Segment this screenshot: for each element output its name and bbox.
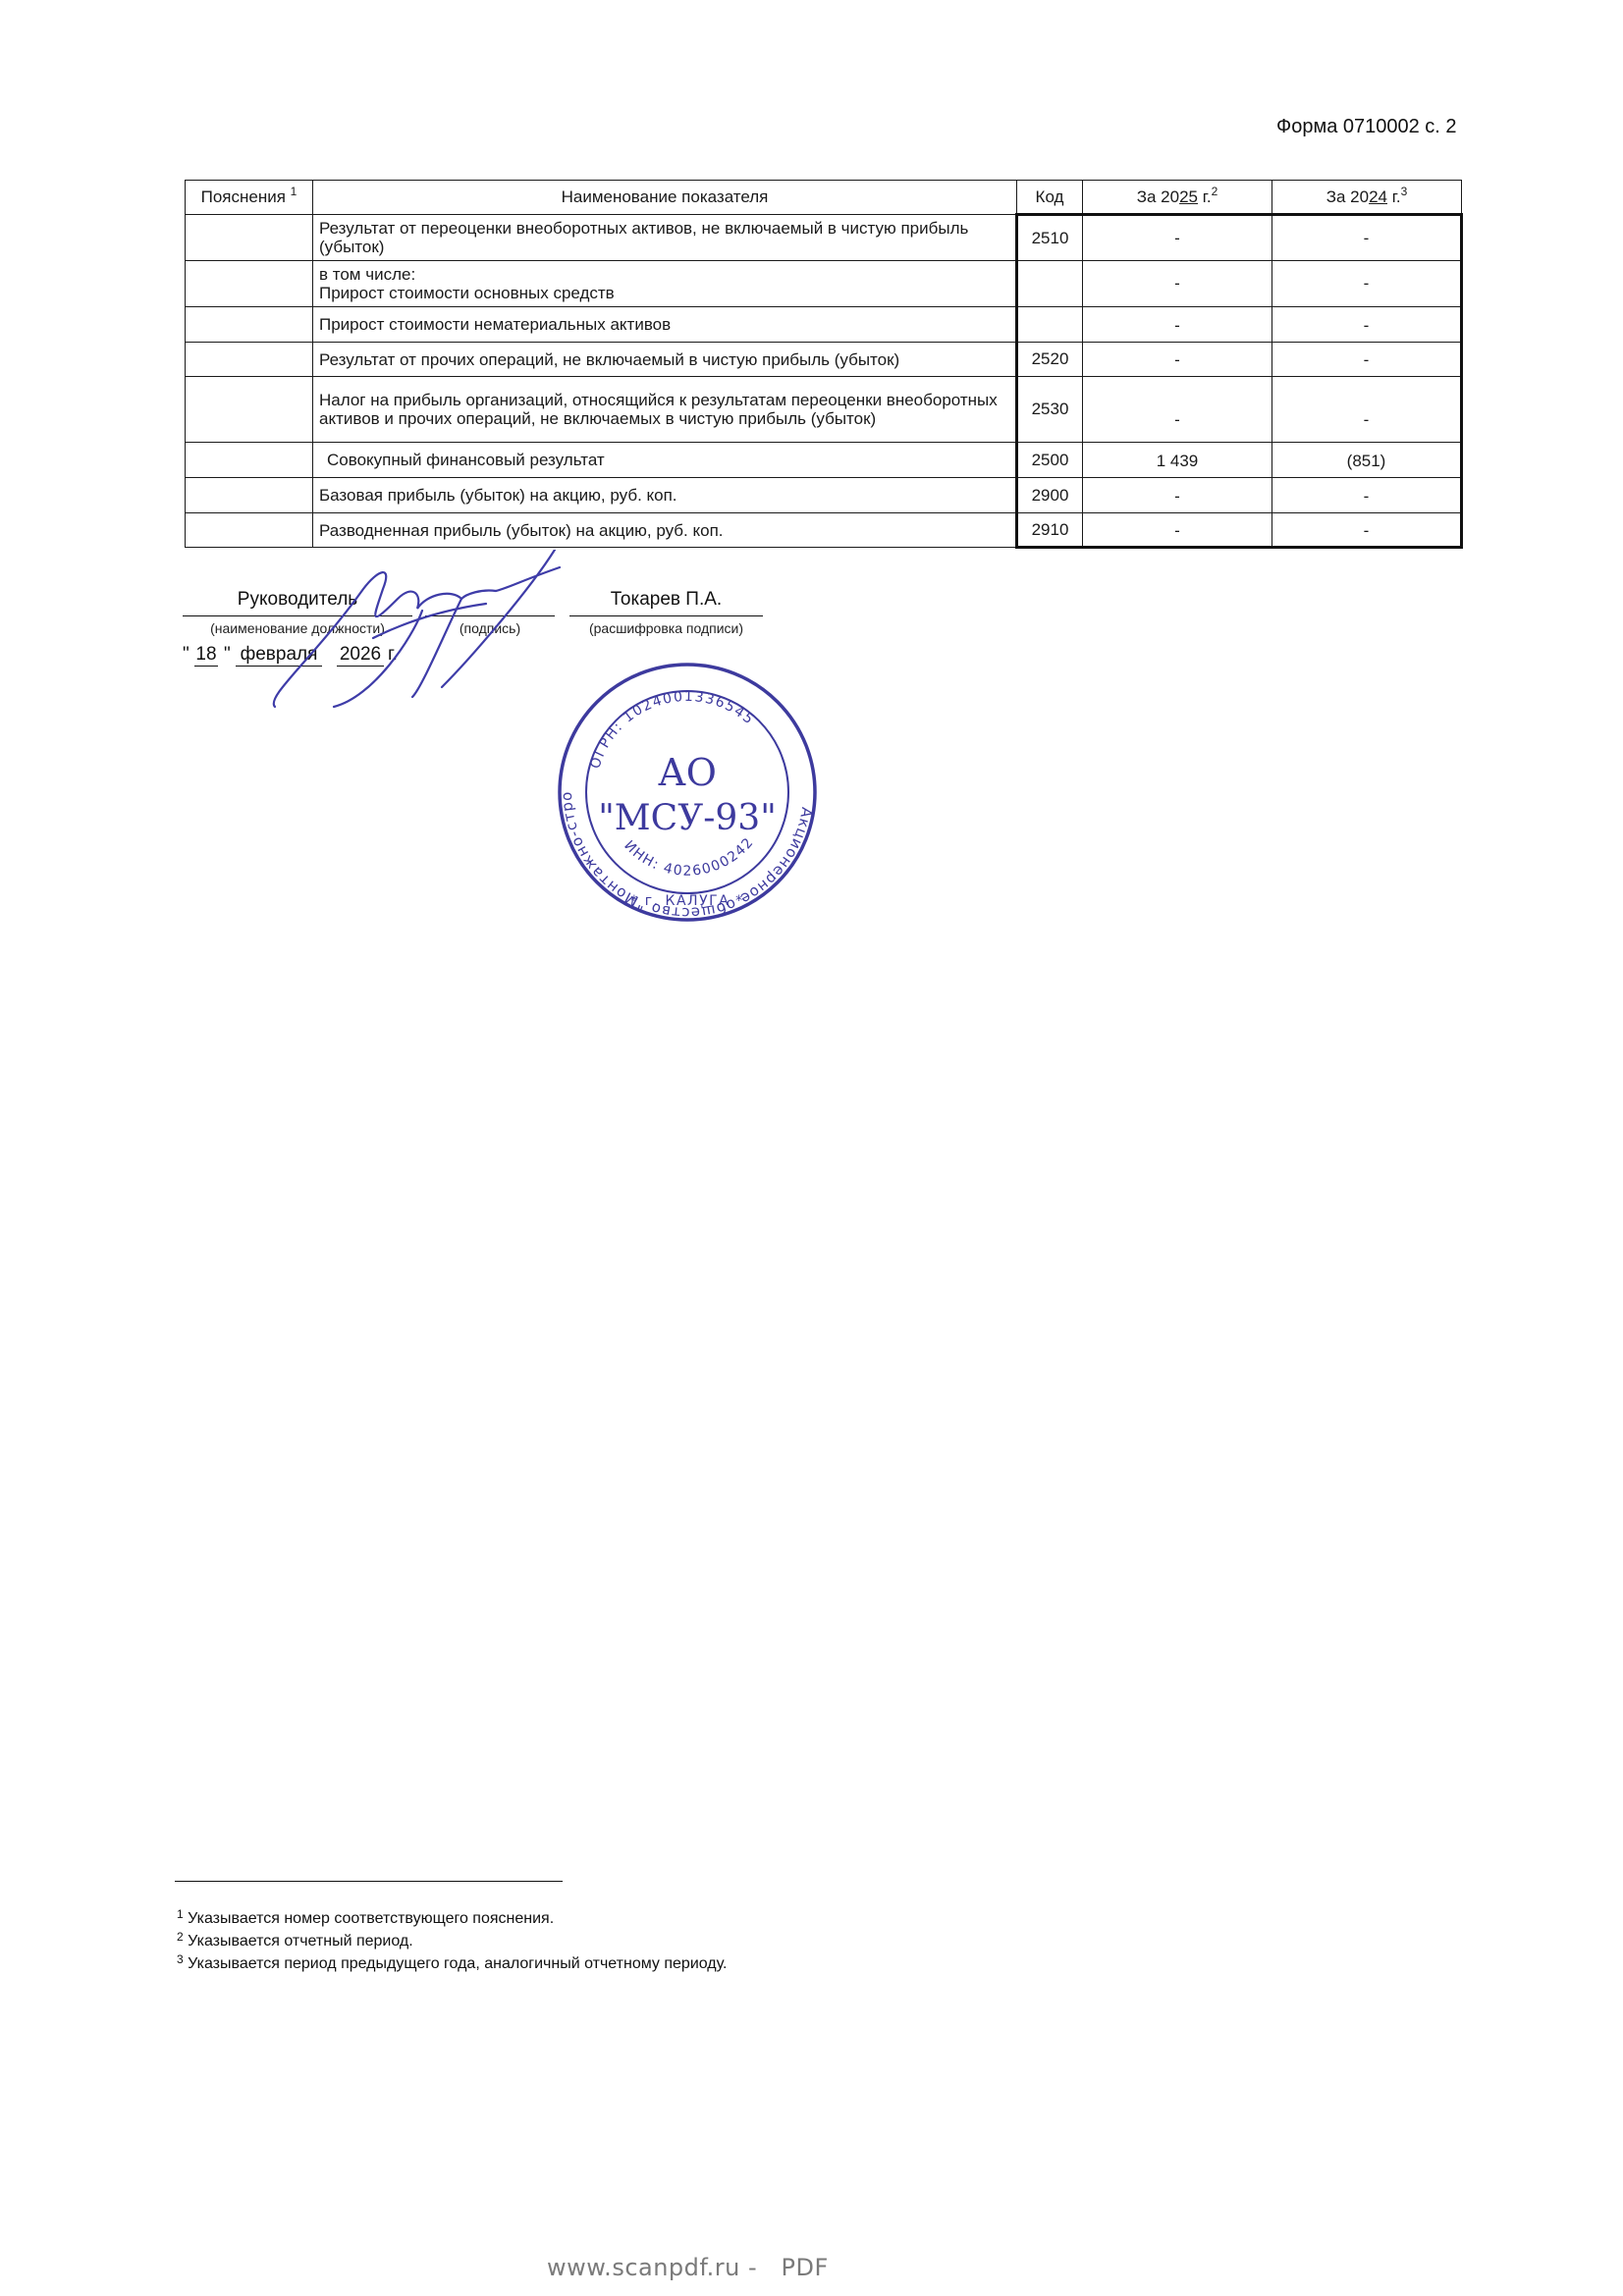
stamp-center-line1: АО	[658, 751, 717, 794]
date-open-quote: "	[183, 644, 189, 666]
footnote-ref: 2	[1212, 185, 1218, 198]
row-code	[1017, 261, 1083, 307]
row-note	[186, 343, 313, 377]
row-value-2025: -	[1083, 261, 1272, 307]
row-note	[186, 443, 313, 478]
table-row: Результат от прочих операций, не включае…	[186, 343, 1462, 377]
form-code: Форма 0710002 с. 2	[1276, 116, 1457, 138]
row-value-2025: -	[1083, 343, 1272, 377]
footnote-1: 1 Указывается номер соответствующего поя…	[177, 1910, 554, 1928]
footnote-ref: 3	[1401, 185, 1408, 198]
footnote-number: 2	[177, 1930, 184, 1944]
year-suffix: 25	[1179, 187, 1198, 206]
header-year-2024: За 2024 г.3	[1272, 181, 1462, 215]
year-unit: г.	[1198, 187, 1212, 206]
table-row: Совокупный финансовый результат 2500 1 4…	[186, 443, 1462, 478]
date-close-quote: "	[224, 644, 231, 666]
year-suffix: 24	[1369, 187, 1387, 206]
row-value-2024: -	[1272, 215, 1462, 261]
footnote-text: Указывается отчетный период.	[188, 1933, 413, 1949]
row-value-2024: -	[1272, 377, 1462, 443]
row-name: Разводненная прибыль (убыток) на акцию, …	[313, 513, 1017, 548]
header-notes-label: Пояснения	[201, 187, 286, 206]
row-name: Результат от переоценки внеоборотных акт…	[313, 215, 1017, 261]
row-code: 2510	[1017, 215, 1083, 261]
date-day: 18	[194, 644, 218, 667]
row-code	[1017, 307, 1083, 343]
row-name: Результат от прочих операций, не включае…	[313, 343, 1017, 377]
table-row: Результат от переоценки внеоборотных акт…	[186, 215, 1462, 261]
header-year-2025: За 2025 г.2	[1083, 181, 1272, 215]
footnote-ref: 1	[291, 185, 298, 198]
row-note	[186, 215, 313, 261]
handwritten-signature	[255, 550, 648, 717]
footnote-number: 3	[177, 1952, 184, 1966]
row-name-text: Прирост стоимости основных средств	[319, 284, 1009, 302]
row-value-2024: (851)	[1272, 443, 1462, 478]
stamp-city: * г. КАЛУГА *	[630, 893, 743, 909]
row-value-2025: 1 439	[1083, 443, 1272, 478]
row-note	[186, 307, 313, 343]
row-note	[186, 377, 313, 443]
row-value-2024: -	[1272, 478, 1462, 513]
footnote-text: Указывается номер соответствующего поясн…	[188, 1910, 554, 1927]
row-name: Налог на прибыль организаций, относящийс…	[313, 377, 1017, 443]
footnote-text: Указывается период предыдущего года, ана…	[188, 1955, 727, 1972]
row-value-2024: -	[1272, 343, 1462, 377]
header-notes: Пояснения 1	[186, 181, 313, 215]
row-code: 2900	[1017, 478, 1083, 513]
row-code: 2910	[1017, 513, 1083, 548]
footnote-divider	[175, 1881, 563, 1882]
row-name: Совокупный финансовый результат	[313, 443, 1017, 478]
year-unit: г.	[1387, 187, 1401, 206]
table-row: в том числе:Прирост стоимости основных с…	[186, 261, 1462, 307]
footnote-number: 1	[177, 1907, 184, 1921]
row-value-2025: -	[1083, 377, 1272, 443]
row-name: Прирост стоимости нематериальных активов	[313, 307, 1017, 343]
footnote-3: 3 Указывается период предыдущего года, а…	[177, 1955, 727, 1973]
row-value-2025: -	[1083, 215, 1272, 261]
row-value-2025: -	[1083, 513, 1272, 548]
table-row: Прирост стоимости нематериальных активов…	[186, 307, 1462, 343]
row-value-2025: -	[1083, 307, 1272, 343]
row-note	[186, 261, 313, 307]
row-value-2024: -	[1272, 513, 1462, 548]
row-code: 2500	[1017, 443, 1083, 478]
row-value-2024: -	[1272, 261, 1462, 307]
table-header-row: Пояснения 1 Наименование показателя Код …	[186, 181, 1462, 215]
table-row: Базовая прибыль (убыток) на акцию, руб. …	[186, 478, 1462, 513]
header-code: Код	[1017, 181, 1083, 215]
year-prefix: За 20	[1326, 187, 1369, 206]
watermark: www.scanpdf.ru - PDF	[547, 2254, 829, 2281]
row-name-prefix: в том числе:	[319, 265, 1009, 284]
footnote-2: 2 Указывается отчетный период.	[177, 1933, 413, 1950]
row-value-2025: -	[1083, 478, 1272, 513]
row-name: в том числе:Прирост стоимости основных с…	[313, 261, 1017, 307]
header-indicator-name: Наименование показателя	[313, 181, 1017, 215]
row-value-2024: -	[1272, 307, 1462, 343]
stamp-center-line2: "МСУ-93"	[598, 798, 777, 838]
stamp-inn: ИНН: 4026000242	[621, 834, 757, 880]
row-note	[186, 478, 313, 513]
row-code: 2520	[1017, 343, 1083, 377]
table-row: Налог на прибыль организаций, относящийс…	[186, 377, 1462, 443]
table-row: Разводненная прибыль (убыток) на акцию, …	[186, 513, 1462, 548]
comprehensive-income-table: Пояснения 1 Наименование показателя Код …	[185, 180, 1463, 549]
row-note	[186, 513, 313, 548]
year-prefix: За 20	[1137, 187, 1179, 206]
row-code: 2530	[1017, 377, 1083, 443]
row-name: Базовая прибыль (убыток) на акцию, руб. …	[313, 478, 1017, 513]
